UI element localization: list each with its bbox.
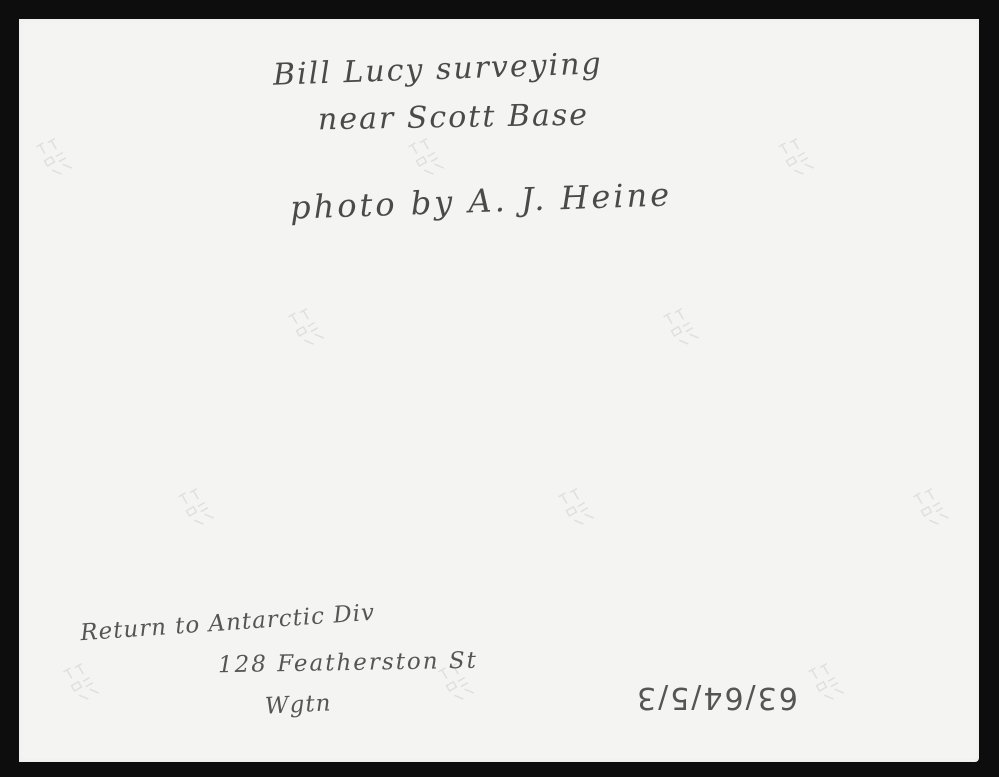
return-address-line-2: 128 Featherston St bbox=[218, 648, 478, 679]
caption-line-2: near Scott Base bbox=[318, 98, 590, 138]
return-address-line-3: Wgtn bbox=[264, 690, 332, 719]
catalog-number: 63/64/5/3 bbox=[635, 680, 798, 715]
